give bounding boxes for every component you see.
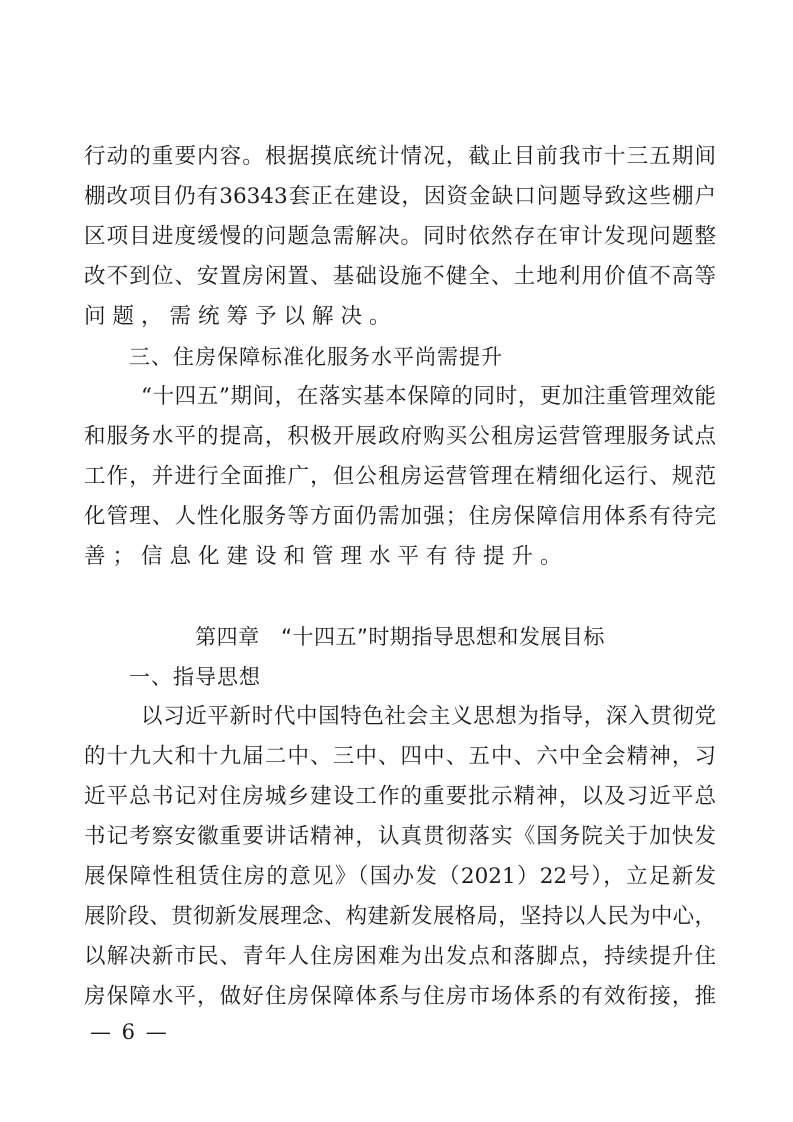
text-line: 展保障性租赁住房的意见》（国办发（2021）22号），立足新发 [84,857,716,897]
body-paragraph-guiding-ideology: 以习近平新时代中国特色社会主义思想为指导，深入贯彻党 的十九大和十九届二中、三中… [84,697,716,1017]
text-line: 问题，需统筹予以解决。 [84,297,716,337]
text-line: 棚改项目仍有36343套正在建设，因资金缺口问题导致这些棚户 [84,177,716,217]
text-line: 改不到位、安置房闲置、基础设施不健全、土地利用价值不高等 [84,257,716,297]
body-paragraph-section-three: “十四五”期间，在落实基本保障的同时，更加注重管理效能 和服务水平的提高，积极开… [84,377,716,577]
text-line: 书记考察安徽重要讲话精神，认真贯彻落实《国务院关于加快发 [84,817,716,857]
text-line: “十四五”期间，在落实基本保障的同时，更加注重管理效能 [84,377,716,417]
text-line: 以习近平新时代中国特色社会主义思想为指导，深入贯彻党 [84,697,716,737]
document-page: 行动的重要内容。根据摸底统计情况，截止目前我市十三五期间 棚改项目仍有36343… [84,137,716,1017]
text-line: 以解决新市民、青年人住房困难为出发点和落脚点，持续提升住 [84,937,716,977]
blank-line [84,577,716,617]
text-line: 行动的重要内容。根据摸底统计情况，截止目前我市十三五期间 [84,137,716,177]
text-line: 和服务水平的提高，积极开展政府购买公租房运营管理服务试点 [84,417,716,457]
text-line: 展阶段、贯彻新发展理念、构建新发展格局，坚持以人民为中心， [84,897,716,937]
text-line: 近平总书记对住房城乡建设工作的重要批示精神，以及习近平总 [84,777,716,817]
text-line: 工作，并进行全面推广，但公租房运营管理在精细化运行、规范 [84,457,716,497]
chapter-title: 第四章 “十四五”时期指导思想和发展目标 [84,617,716,657]
subsection-heading-guiding-ideology: 一、指导思想 [84,657,716,697]
text-line: 房保障水平，做好住房保障体系与住房市场体系的有效衔接，推 [84,977,716,1017]
body-paragraph-continuation: 行动的重要内容。根据摸底统计情况，截止目前我市十三五期间 棚改项目仍有36343… [84,137,716,337]
text-line: 善；信息化建设和管理水平有待提升。 [84,537,716,577]
text-line: 化管理、人性化服务等方面仍需加强；住房保障信用体系有待完 [84,497,716,537]
text-line: 的十九大和十九届二中、三中、四中、五中、六中全会精神，习 [84,737,716,777]
text-line: 区项目进度缓慢的问题急需解决。同时依然存在审计发现问题整 [84,217,716,257]
page-number: — 6 — [90,1020,169,1044]
section-heading-three: 三、住房保障标准化服务水平尚需提升 [84,337,716,377]
